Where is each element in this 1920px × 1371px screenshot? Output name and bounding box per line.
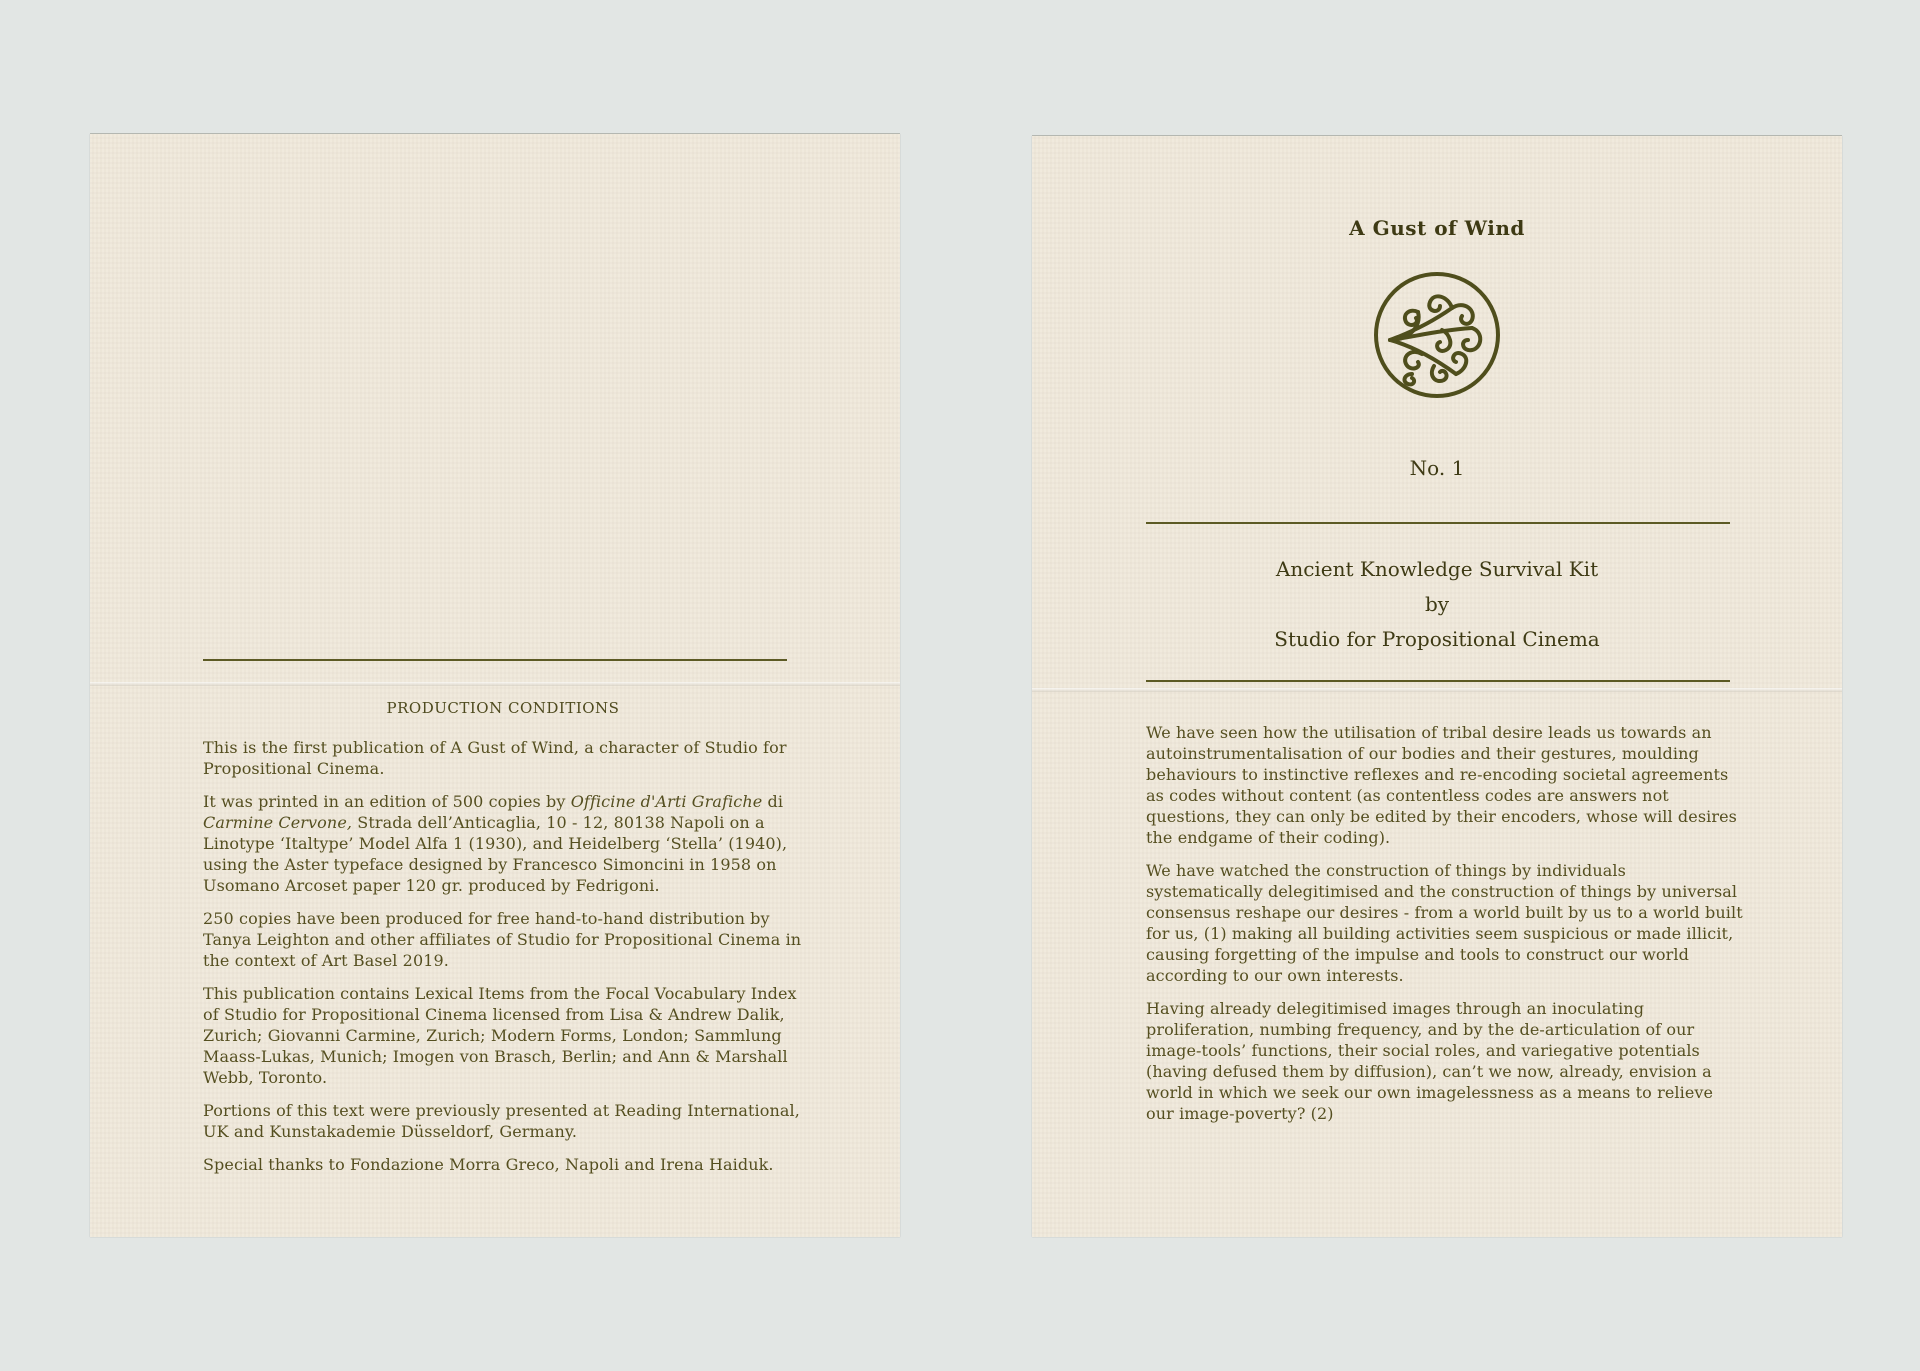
divider-rule bbox=[1146, 680, 1730, 682]
title-block: A Gust of Wind bbox=[1032, 216, 1842, 480]
paragraph: We have seen how the utilisation of trib… bbox=[1146, 722, 1746, 848]
paragraph: Special thanks to Fondazione Morra Greco… bbox=[203, 1154, 803, 1175]
section-heading: PRODUCTION CONDITIONS bbox=[203, 698, 803, 719]
paragraph: We have watched the construction of thin… bbox=[1146, 860, 1746, 986]
production-conditions: PRODUCTION CONDITIONS This is the first … bbox=[203, 698, 803, 1187]
text-span: It was printed in an edition of 500 copi… bbox=[203, 792, 571, 811]
publication-title: A Gust of Wind bbox=[1032, 216, 1842, 240]
printer-name: Officine d'Arti Grafiche bbox=[571, 792, 763, 811]
printer-name: Carmine Cervone, bbox=[203, 813, 352, 832]
wind-emblem-icon bbox=[1372, 270, 1502, 400]
text-span: di bbox=[762, 792, 783, 811]
subtitle-line: by bbox=[1032, 587, 1842, 622]
paper-fold bbox=[1032, 688, 1842, 692]
paragraph: Having already delegitimised images thro… bbox=[1146, 998, 1746, 1124]
subtitle-line: Studio for Propositional Cinema bbox=[1032, 622, 1842, 657]
paragraph: This is the first publication of A Gust … bbox=[203, 737, 803, 779]
divider-rule bbox=[1146, 522, 1730, 524]
subtitle-line: Ancient Knowledge Survival Kit bbox=[1032, 552, 1842, 587]
printing-paragraph: It was printed in an edition of 500 copi… bbox=[203, 791, 803, 896]
left-page: PRODUCTION CONDITIONS This is the first … bbox=[90, 134, 900, 1237]
paper-fold bbox=[90, 682, 900, 686]
essay-text: We have seen how the utilisation of trib… bbox=[1146, 722, 1746, 1136]
subtitle-block: Ancient Knowledge Survival Kit by Studio… bbox=[1032, 552, 1842, 657]
divider-rule bbox=[203, 659, 787, 661]
paragraph: 250 copies have been produced for free h… bbox=[203, 908, 803, 971]
issue-number: No. 1 bbox=[1032, 456, 1842, 480]
paragraph: This publication contains Lexical Items … bbox=[203, 983, 803, 1088]
paragraph: Portions of this text were previously pr… bbox=[203, 1100, 803, 1142]
right-page: A Gust of Wind bbox=[1032, 136, 1842, 1237]
